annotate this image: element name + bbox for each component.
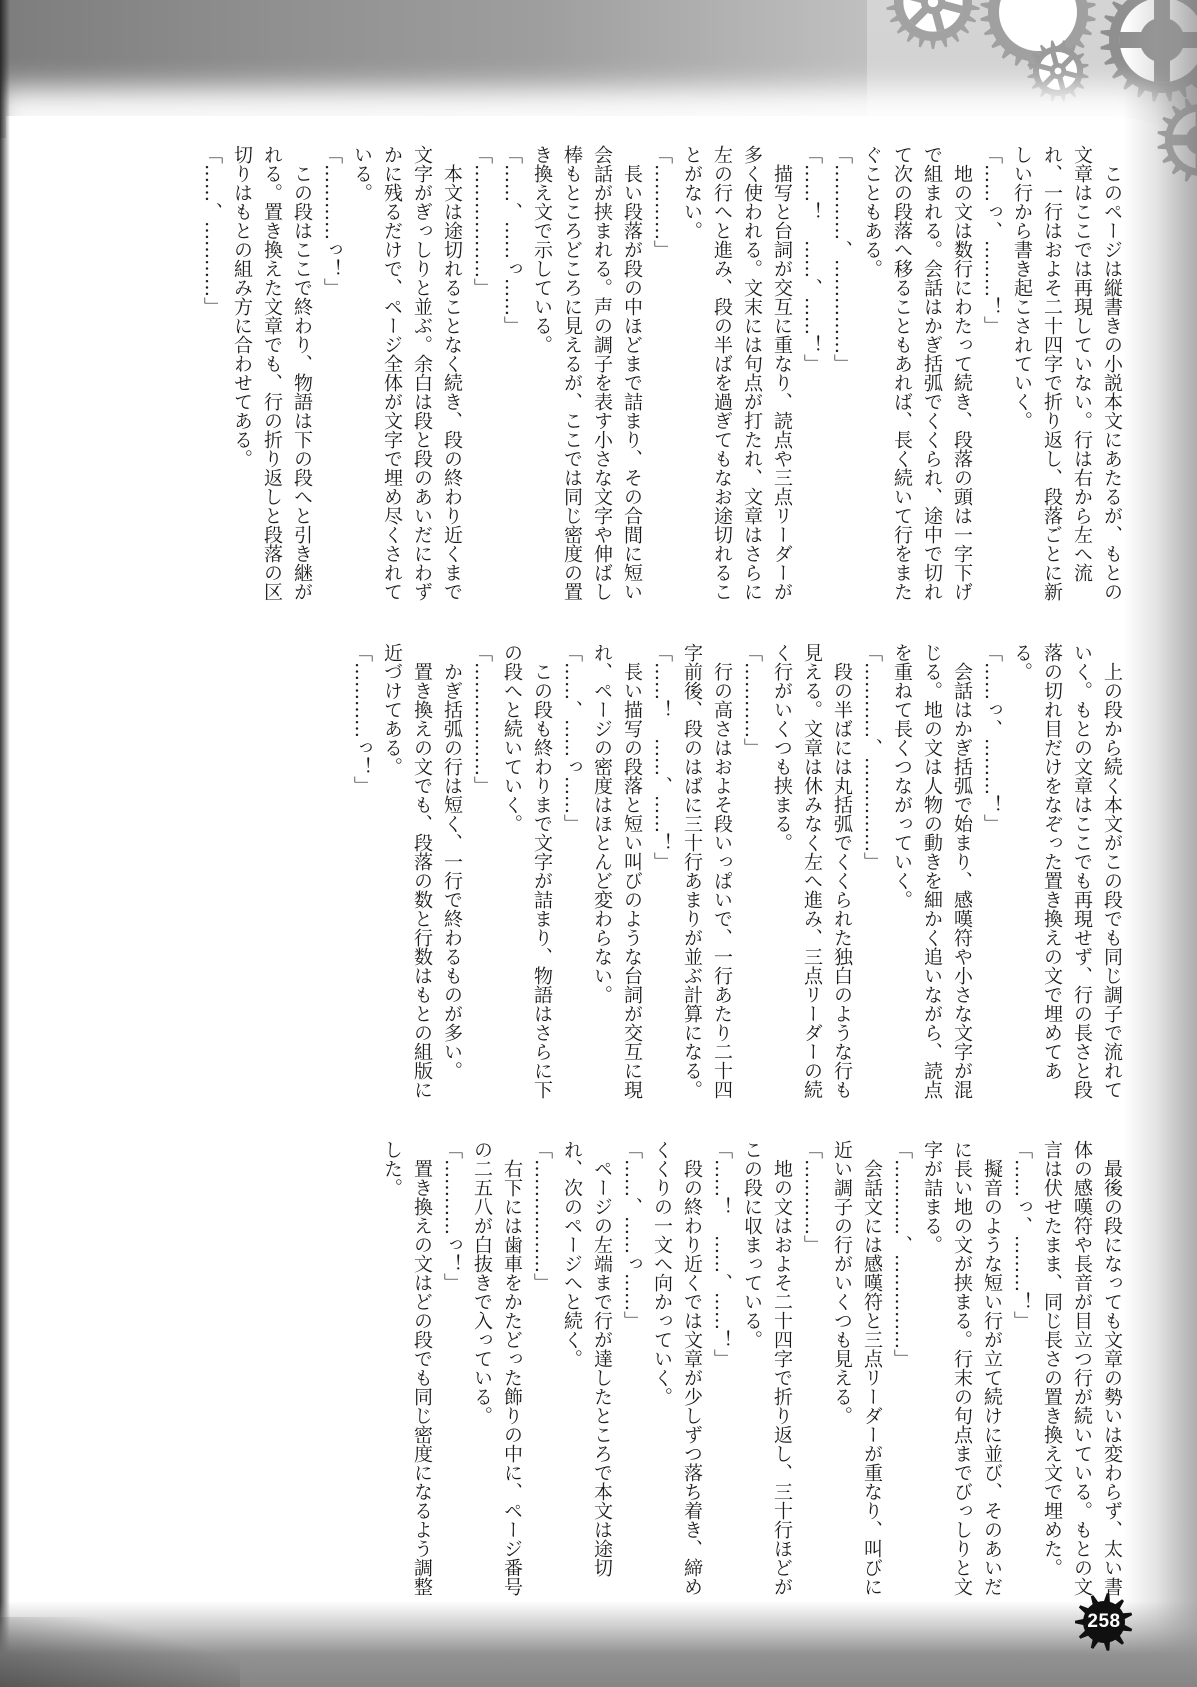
paragraph: 会話文には感嘆符と三点リーダーが重なり、叫びに近い調子の行がいくつも見える。 xyxy=(827,1140,887,1598)
paragraph: 長い段落が段の中ほどまで詰まり、その合間に短い会話が挟まれる。声の調子を表す小さ… xyxy=(527,145,647,603)
paragraph: かぎ括弧の行は短く、一行で終わるものが多い。 xyxy=(437,643,467,1101)
paragraph: 置き換えの文はどの段でも同じ密度になるよう調整した。 xyxy=(377,1140,437,1598)
paragraph: 「………………」 xyxy=(467,643,497,1101)
paragraph: この段はここで終わり、物語は下の段へと引き継がれる。置き換えた文章でも、行の折り… xyxy=(227,145,317,603)
paragraph: 「…………」 xyxy=(737,643,767,1101)
paragraph: 「……！ ……、……！」 xyxy=(797,145,827,603)
paragraph: 「……！ ……、……！」 xyxy=(647,643,677,1101)
paragraph: 「………………」 xyxy=(467,145,497,603)
paragraph: 「…………」 xyxy=(647,145,677,603)
paragraph: 右下には歯車をかたどった飾りの中に、ページ番号の二五八が白抜きで入っている。 xyxy=(467,1140,527,1598)
paragraph: 最後の段になっても文章の勢いは変わらず、太い書体の感嘆符や長音が目立つ行が続いて… xyxy=(1037,1140,1127,1598)
paragraph: 置き換えの文でも、段落の数と行数はもとの組版に近づけてある。 xyxy=(377,643,437,1101)
paragraph: 擬音のような短い行が立て続けに並び、そのあいだに長い地の文が挟まる。行末の句点ま… xyxy=(917,1140,1007,1598)
paragraph: 会話はかぎ括弧で始まり、感嘆符や小さな文字が混じる。地の文は人物の動きを細かく追… xyxy=(887,643,977,1101)
page-number: 258 xyxy=(1074,1592,1134,1652)
paragraph: 地の文は数行にわたって続き、段落の頭は一字下げで組まれる。会話はかぎ括弧でくくら… xyxy=(857,145,977,603)
paragraph: 「…………、……………」 xyxy=(827,145,857,603)
paragraph: 「……、……っ……」 xyxy=(497,145,527,603)
paragraph: 「…………っ！」 xyxy=(437,1140,467,1598)
paragraph: 「…………っ！」 xyxy=(347,643,377,1101)
paragraph: ページの左端まで行が達したところで本文は途切れ、次のページへと続く。 xyxy=(557,1140,617,1598)
scanned-page: このページは縦書きの小説本文にあたるが、もとの文章はここでは再現していない。行は… xyxy=(0,0,1197,1687)
paragraph: 「……！ ……、……！」 xyxy=(707,1140,737,1598)
paragraph: 「……、……っ……」 xyxy=(557,643,587,1101)
paragraph: 「……、…………」 xyxy=(197,145,227,603)
paragraph: 描写と台詞が交互に重なり、読点や三点リーダーが多く使われる。文末には句点が打たれ… xyxy=(677,145,797,603)
paragraph: 「………………」 xyxy=(527,1140,557,1598)
text-band-middle: 上の段から続く本文がこの段でも同じ調子で流れていく。もとの文章はここでも再現せず… xyxy=(123,643,1127,1101)
paragraph: 本文は途切れることなく続き、段の終わり近くまで文字がぎっしりと並ぶ。余白は段と段… xyxy=(347,145,467,603)
paragraph: 「…………っ！」 xyxy=(317,145,347,603)
paragraph: 段の半ばには丸括弧でくくられた独白のような行も見える。文章は休みなく左へ進み、三… xyxy=(767,643,857,1101)
paragraph: このページは縦書きの小説本文にあたるが、もとの文章はここでは再現していない。行は… xyxy=(1007,145,1127,603)
paragraph: 「…………、……………」 xyxy=(887,1140,917,1598)
text-band-bottom: 最後の段になっても文章の勢いは変わらず、太い書体の感嘆符や長音が目立つ行が続いて… xyxy=(123,1140,1127,1598)
page-number-badge: 258 xyxy=(1074,1592,1134,1652)
paragraph: この段も終わりまで文字が詰まり、物語はさらに下の段へと続いていく。 xyxy=(497,643,557,1101)
paragraph: 「……っ、………！」 xyxy=(977,145,1007,603)
paragraph: 「……っ、………！」 xyxy=(1007,1140,1037,1598)
paragraph: 「…………、……………」 xyxy=(857,643,887,1101)
paragraph: 「……、……っ……」 xyxy=(617,1140,647,1598)
paragraph: 上の段から続く本文がこの段でも同じ調子で流れていく。もとの文章はここでも再現せず… xyxy=(1007,643,1127,1101)
paragraph: 「……っ、………！」 xyxy=(977,643,1007,1101)
paragraph: 長い描写の段落と短い叫びのような台詞が交互に現れ、ページの密度はほとんど変わらな… xyxy=(587,643,647,1101)
text-band-top: このページは縦書きの小説本文にあたるが、もとの文章はここでは再現していない。行は… xyxy=(123,145,1127,603)
paragraph: 「…………」 xyxy=(797,1140,827,1598)
paragraph: 段の終わり近くでは文章が少しずつ落ち着き、締めくくりの一文へ向かっていく。 xyxy=(647,1140,707,1598)
paragraph: 地の文はおよそ二十四字で折り返し、三十行ほどがこの段に収まっている。 xyxy=(737,1140,797,1598)
paragraph: 行の高さはおよそ段いっぱいで、一行あたり二十四字前後、段のはばに三十行あまりが並… xyxy=(677,643,737,1101)
